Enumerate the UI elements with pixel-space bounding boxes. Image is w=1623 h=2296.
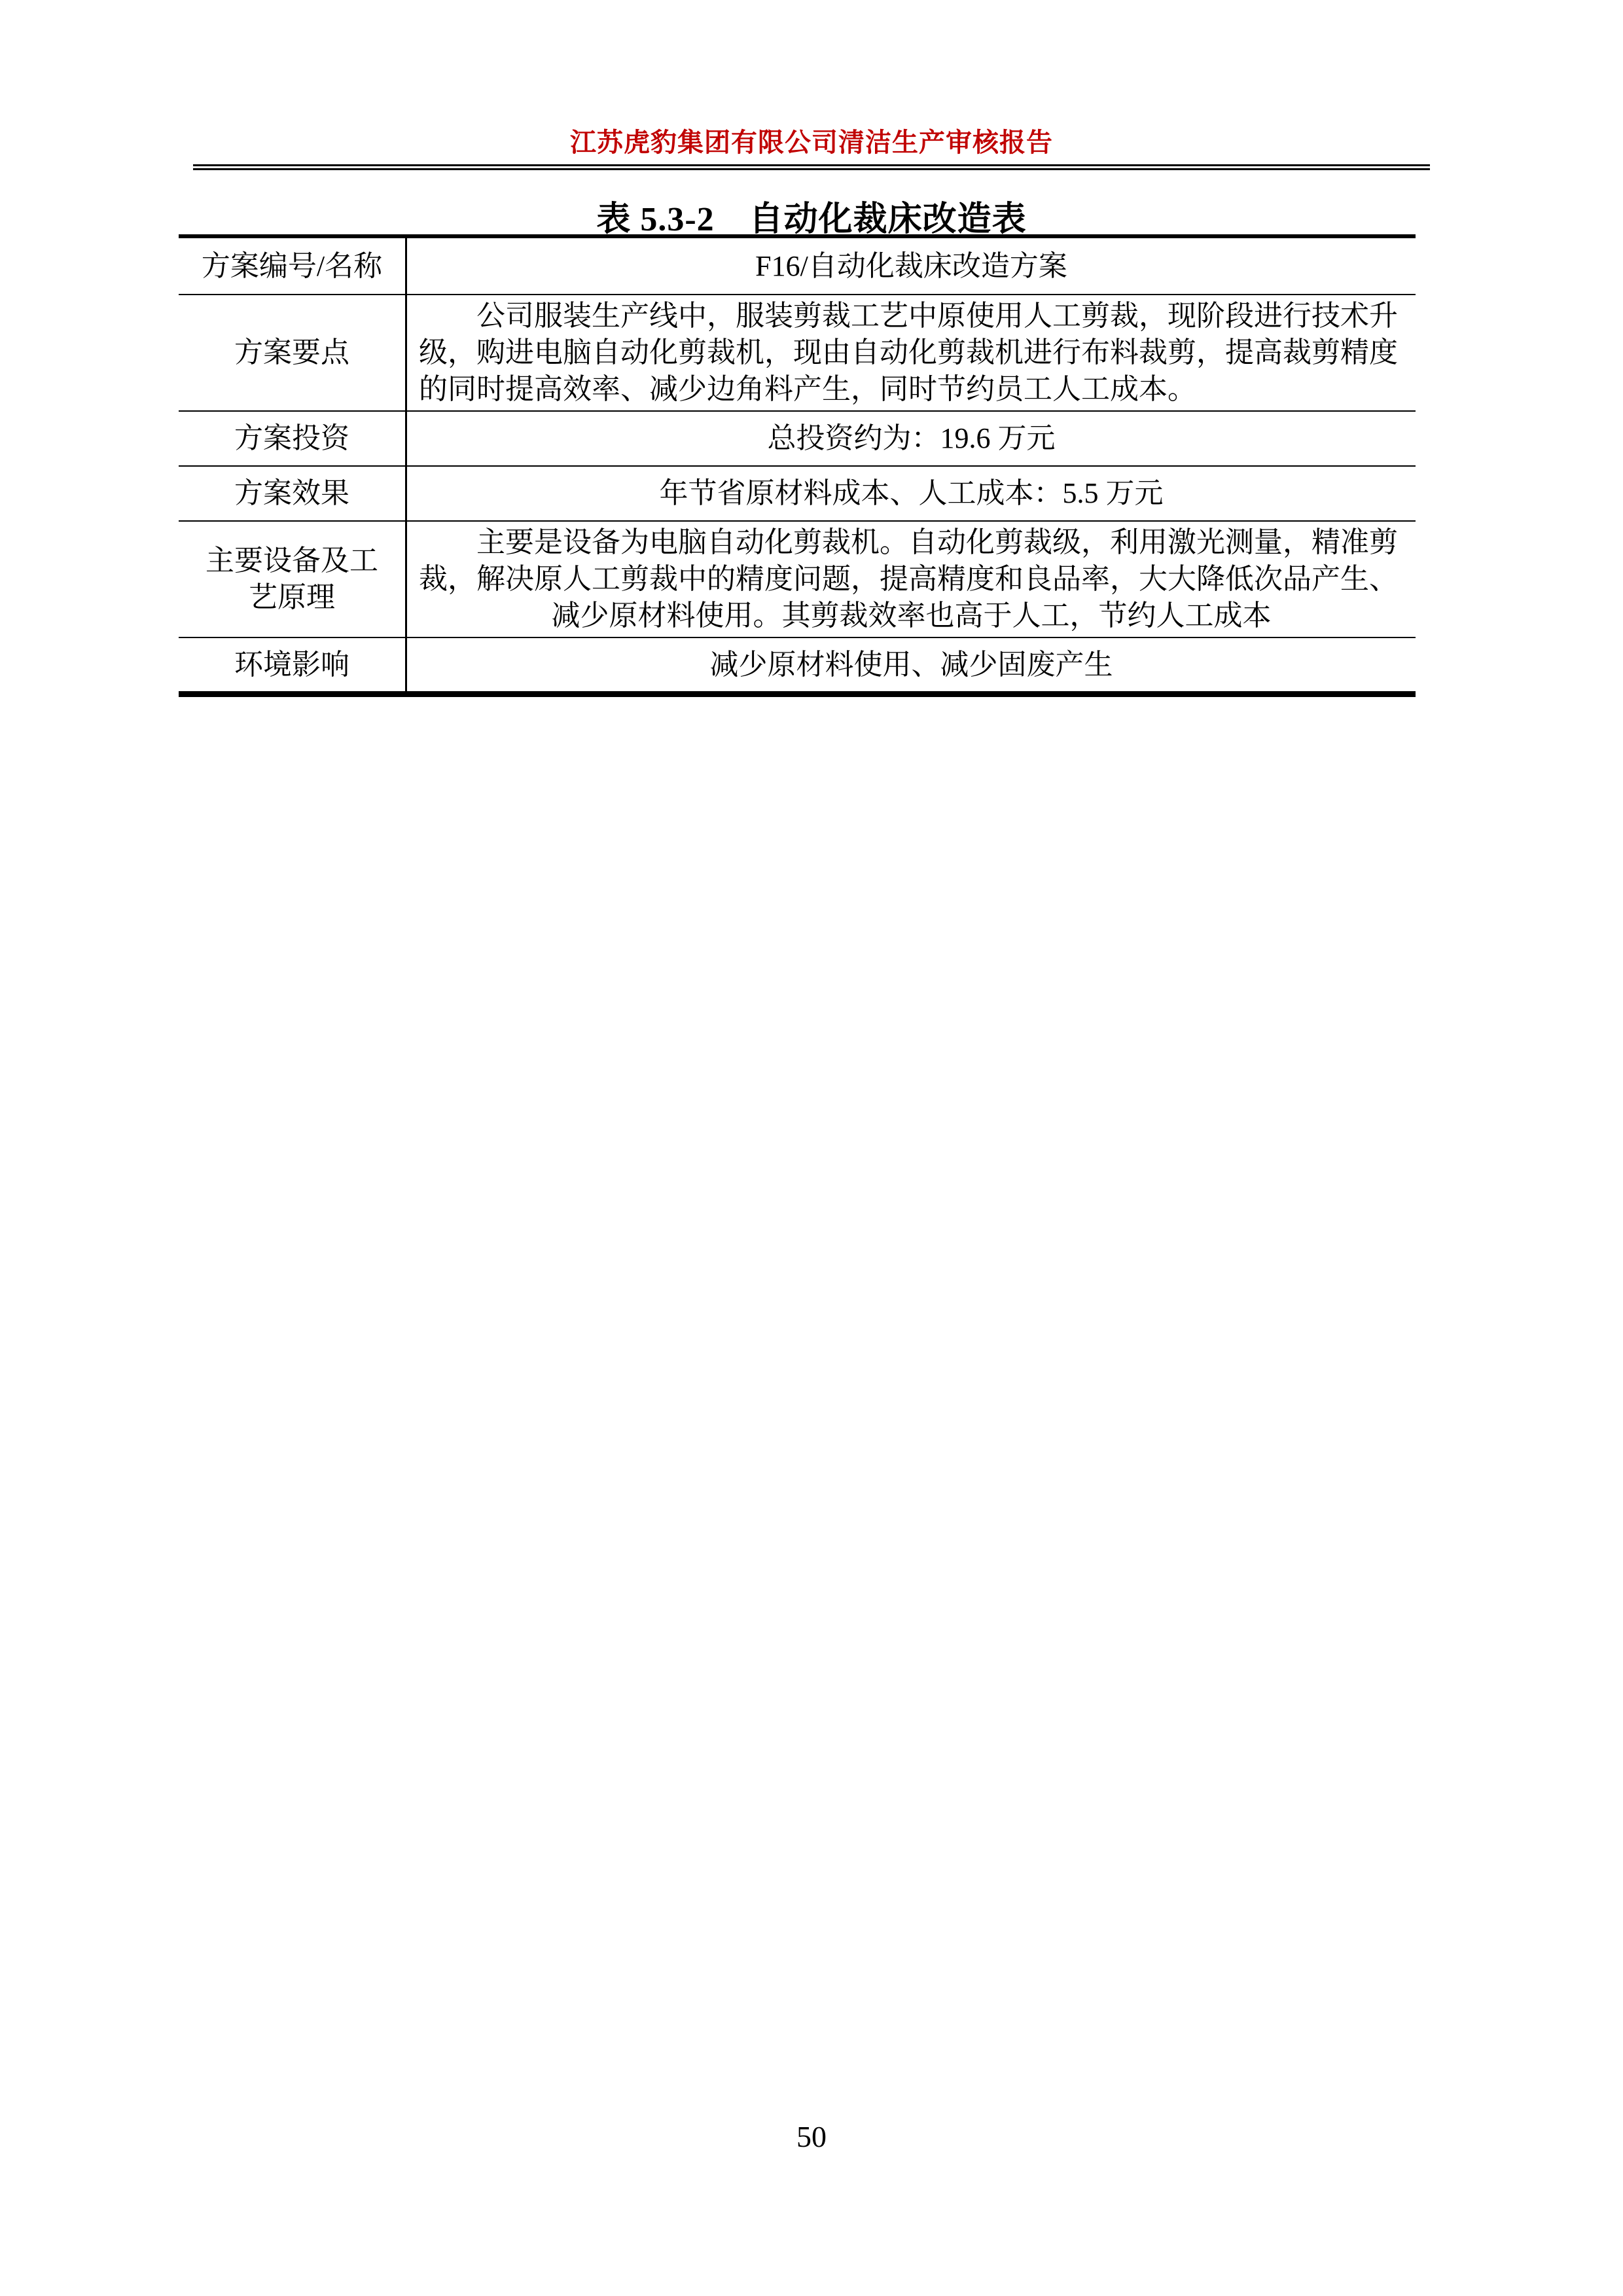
page-number: 50 <box>0 2119 1623 2154</box>
label-line: 艺原理 <box>249 579 335 616</box>
table-row: 环境影响 减少原材料使用、减少固废产生 <box>179 638 1416 691</box>
row-label-scheme-effect: 方案效果 <box>179 467 405 520</box>
page-header-report-title: 江苏虎豹集团有限公司清洁生产审核报告 <box>0 122 1623 159</box>
row-label-environment-impact: 环境影响 <box>179 638 405 691</box>
scheme-table: 方案编号/名称 F16/自动化裁床改造方案 方案要点 公司服装生产线中，服装剪裁… <box>179 234 1416 697</box>
paragraph-line: 的同时提高效率、减少边角料产生，同时节约员工人工成本。 <box>419 371 1404 408</box>
table-row: 方案投资 总投资约为：19.6 万元 <box>179 412 1416 467</box>
table-title: 表 5.3-2 自动化裁床改造表 <box>0 191 1623 240</box>
paragraph-line: 裁，解决原人工剪裁中的精度问题，提高精度和良品率，大大降低次品产生、 <box>419 561 1404 598</box>
row-label-main-equipment: 主要设备及工 艺原理 <box>179 522 405 637</box>
row-value-main-equipment: 主要是设备为电脑自动化剪裁机。自动化剪裁级，利用激光测量，精准剪 裁，解决原人工… <box>405 522 1416 637</box>
row-value-scheme-points: 公司服装生产线中，服装剪裁工艺中原使用人工剪裁，现阶段进行技术升 级，购进电脑自… <box>405 295 1416 410</box>
paragraph-line: 主要是设备为电脑自动化剪裁机。自动化剪裁级，利用激光测量，精准剪 <box>419 524 1404 561</box>
label-line: 主要设备及工 <box>205 543 378 579</box>
row-label-scheme-investment: 方案投资 <box>179 412 405 465</box>
table-row: 方案要点 公司服装生产线中，服装剪裁工艺中原使用人工剪裁，现阶段进行技术升 级，… <box>179 295 1416 412</box>
row-value-scheme-investment: 总投资约为：19.6 万元 <box>405 412 1416 465</box>
table-row: 主要设备及工 艺原理 主要是设备为电脑自动化剪裁机。自动化剪裁级，利用激光测量，… <box>179 522 1416 638</box>
paragraph-line: 公司服装生产线中，服装剪裁工艺中原使用人工剪裁，现阶段进行技术升 <box>419 298 1404 334</box>
table-row: 方案编号/名称 F16/自动化裁床改造方案 <box>179 238 1416 295</box>
table-row: 方案效果 年节省原材料成本、人工成本：5.5 万元 <box>179 467 1416 522</box>
row-value-environment-impact: 减少原材料使用、减少固废产生 <box>405 638 1416 691</box>
row-label-scheme-points: 方案要点 <box>179 295 405 410</box>
row-value-scheme-effect: 年节省原材料成本、人工成本：5.5 万元 <box>405 467 1416 520</box>
row-label-scheme-id: 方案编号/名称 <box>179 238 405 294</box>
paragraph-line: 级，购进电脑自动化剪裁机，现由自动化剪裁机进行布料裁剪，提高裁剪精度 <box>419 334 1404 371</box>
row-value-scheme-id: F16/自动化裁床改造方案 <box>405 238 1416 294</box>
paragraph-line: 减少原材料使用。其剪裁效率也高于人工，节约人工成本 <box>419 598 1404 634</box>
header-double-rule <box>193 164 1430 170</box>
